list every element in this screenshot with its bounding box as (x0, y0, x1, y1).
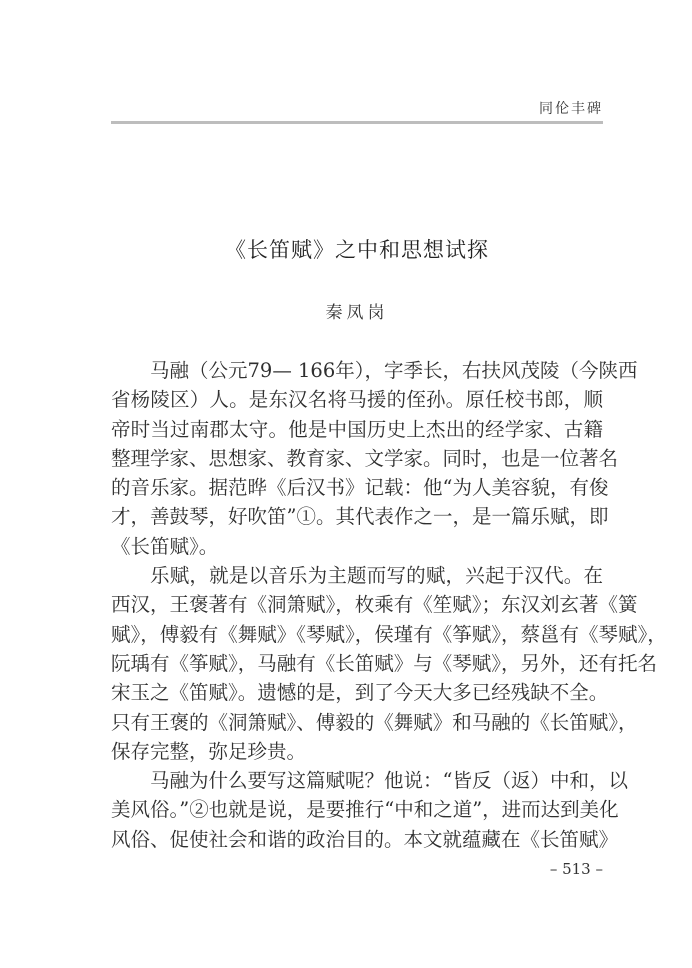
article-author: 秦凤岗 (111, 298, 603, 323)
text-line: 才，善鼓琴，好吹笛”①。其代表作之一，是一篇乐赋，即 (111, 502, 603, 531)
header-rule (111, 121, 603, 124)
text-line: 风俗、促使社会和谐的政治目的。本文就蕴藏在《长笛赋》 (111, 825, 603, 854)
paragraph: 乐赋，就是以音乐为主题而写的赋，兴起于汉代。在 西汉，王褒著有《洞箫赋》，枚乘有… (111, 561, 603, 766)
paragraph: 马融（公元79— 166年），字季长，右扶风茂陵（今陕西 省杨陵区）人。是东汉名… (111, 356, 603, 561)
text-line: 阮瑀有《筝赋》，马融有《长笛赋》与《琴赋》，另外，还有托名 (111, 649, 603, 678)
text-line: 美风俗。”②也就是说，是要推行“中和之道”，进而达到美化 (111, 795, 603, 824)
text-line: 省杨陵区）人。是东汉名将马援的侄孙。原任校书郎，顺 (111, 385, 603, 414)
text-line: 马融为什么要写这篇赋呢？他说：“皆反（返）中和，以 (111, 766, 603, 795)
text-line: 保存完整，弥足珍贵。 (111, 737, 603, 766)
text-line: 《长笛赋》。 (111, 532, 603, 561)
text-line: 宋玉之《笛赋》。遗憾的是，到了今天大多已经残缺不全。 (111, 678, 603, 707)
text-line: 马融（公元79— 166年），字季长，右扶风茂陵（今陕西 (111, 356, 603, 385)
paragraph: 马融为什么要写这篇赋呢？他说：“皆反（返）中和，以 美风俗。”②也就是说，是要推… (111, 766, 603, 854)
text-line: 的音乐家。据范晔《后汉书》记载：他“为人美容貌，有俊 (111, 473, 603, 502)
article-title: 《长笛赋》之中和思想试探 (111, 234, 603, 264)
text-line: 西汉，王褒著有《洞箫赋》，枚乘有《笙赋》；东汉刘玄著《簧 (111, 590, 603, 619)
text-line: 赋》，傅毅有《舞赋》《琴赋》，侯瑾有《筝赋》，蔡邕有《琴赋》， (111, 620, 603, 649)
running-header: 同伦丰碑 (111, 98, 603, 118)
text-line: 只有王褒的《洞箫赋》、傅毅的《舞赋》和马融的《长笛赋》， (111, 708, 603, 737)
article-body: 马融（公元79— 166年），字季长，右扶风茂陵（今陕西 省杨陵区）人。是东汉名… (111, 356, 603, 854)
text-line: 乐赋，就是以音乐为主题而写的赋，兴起于汉代。在 (111, 561, 603, 590)
page-number: – 513 – (111, 860, 603, 878)
text-line: 整理学家、思想家、教育家、文学家。同时，也是一位著名 (111, 444, 603, 473)
text-line: 帝时当过南郡太守。他是中国历史上杰出的经学家、古籍 (111, 415, 603, 444)
